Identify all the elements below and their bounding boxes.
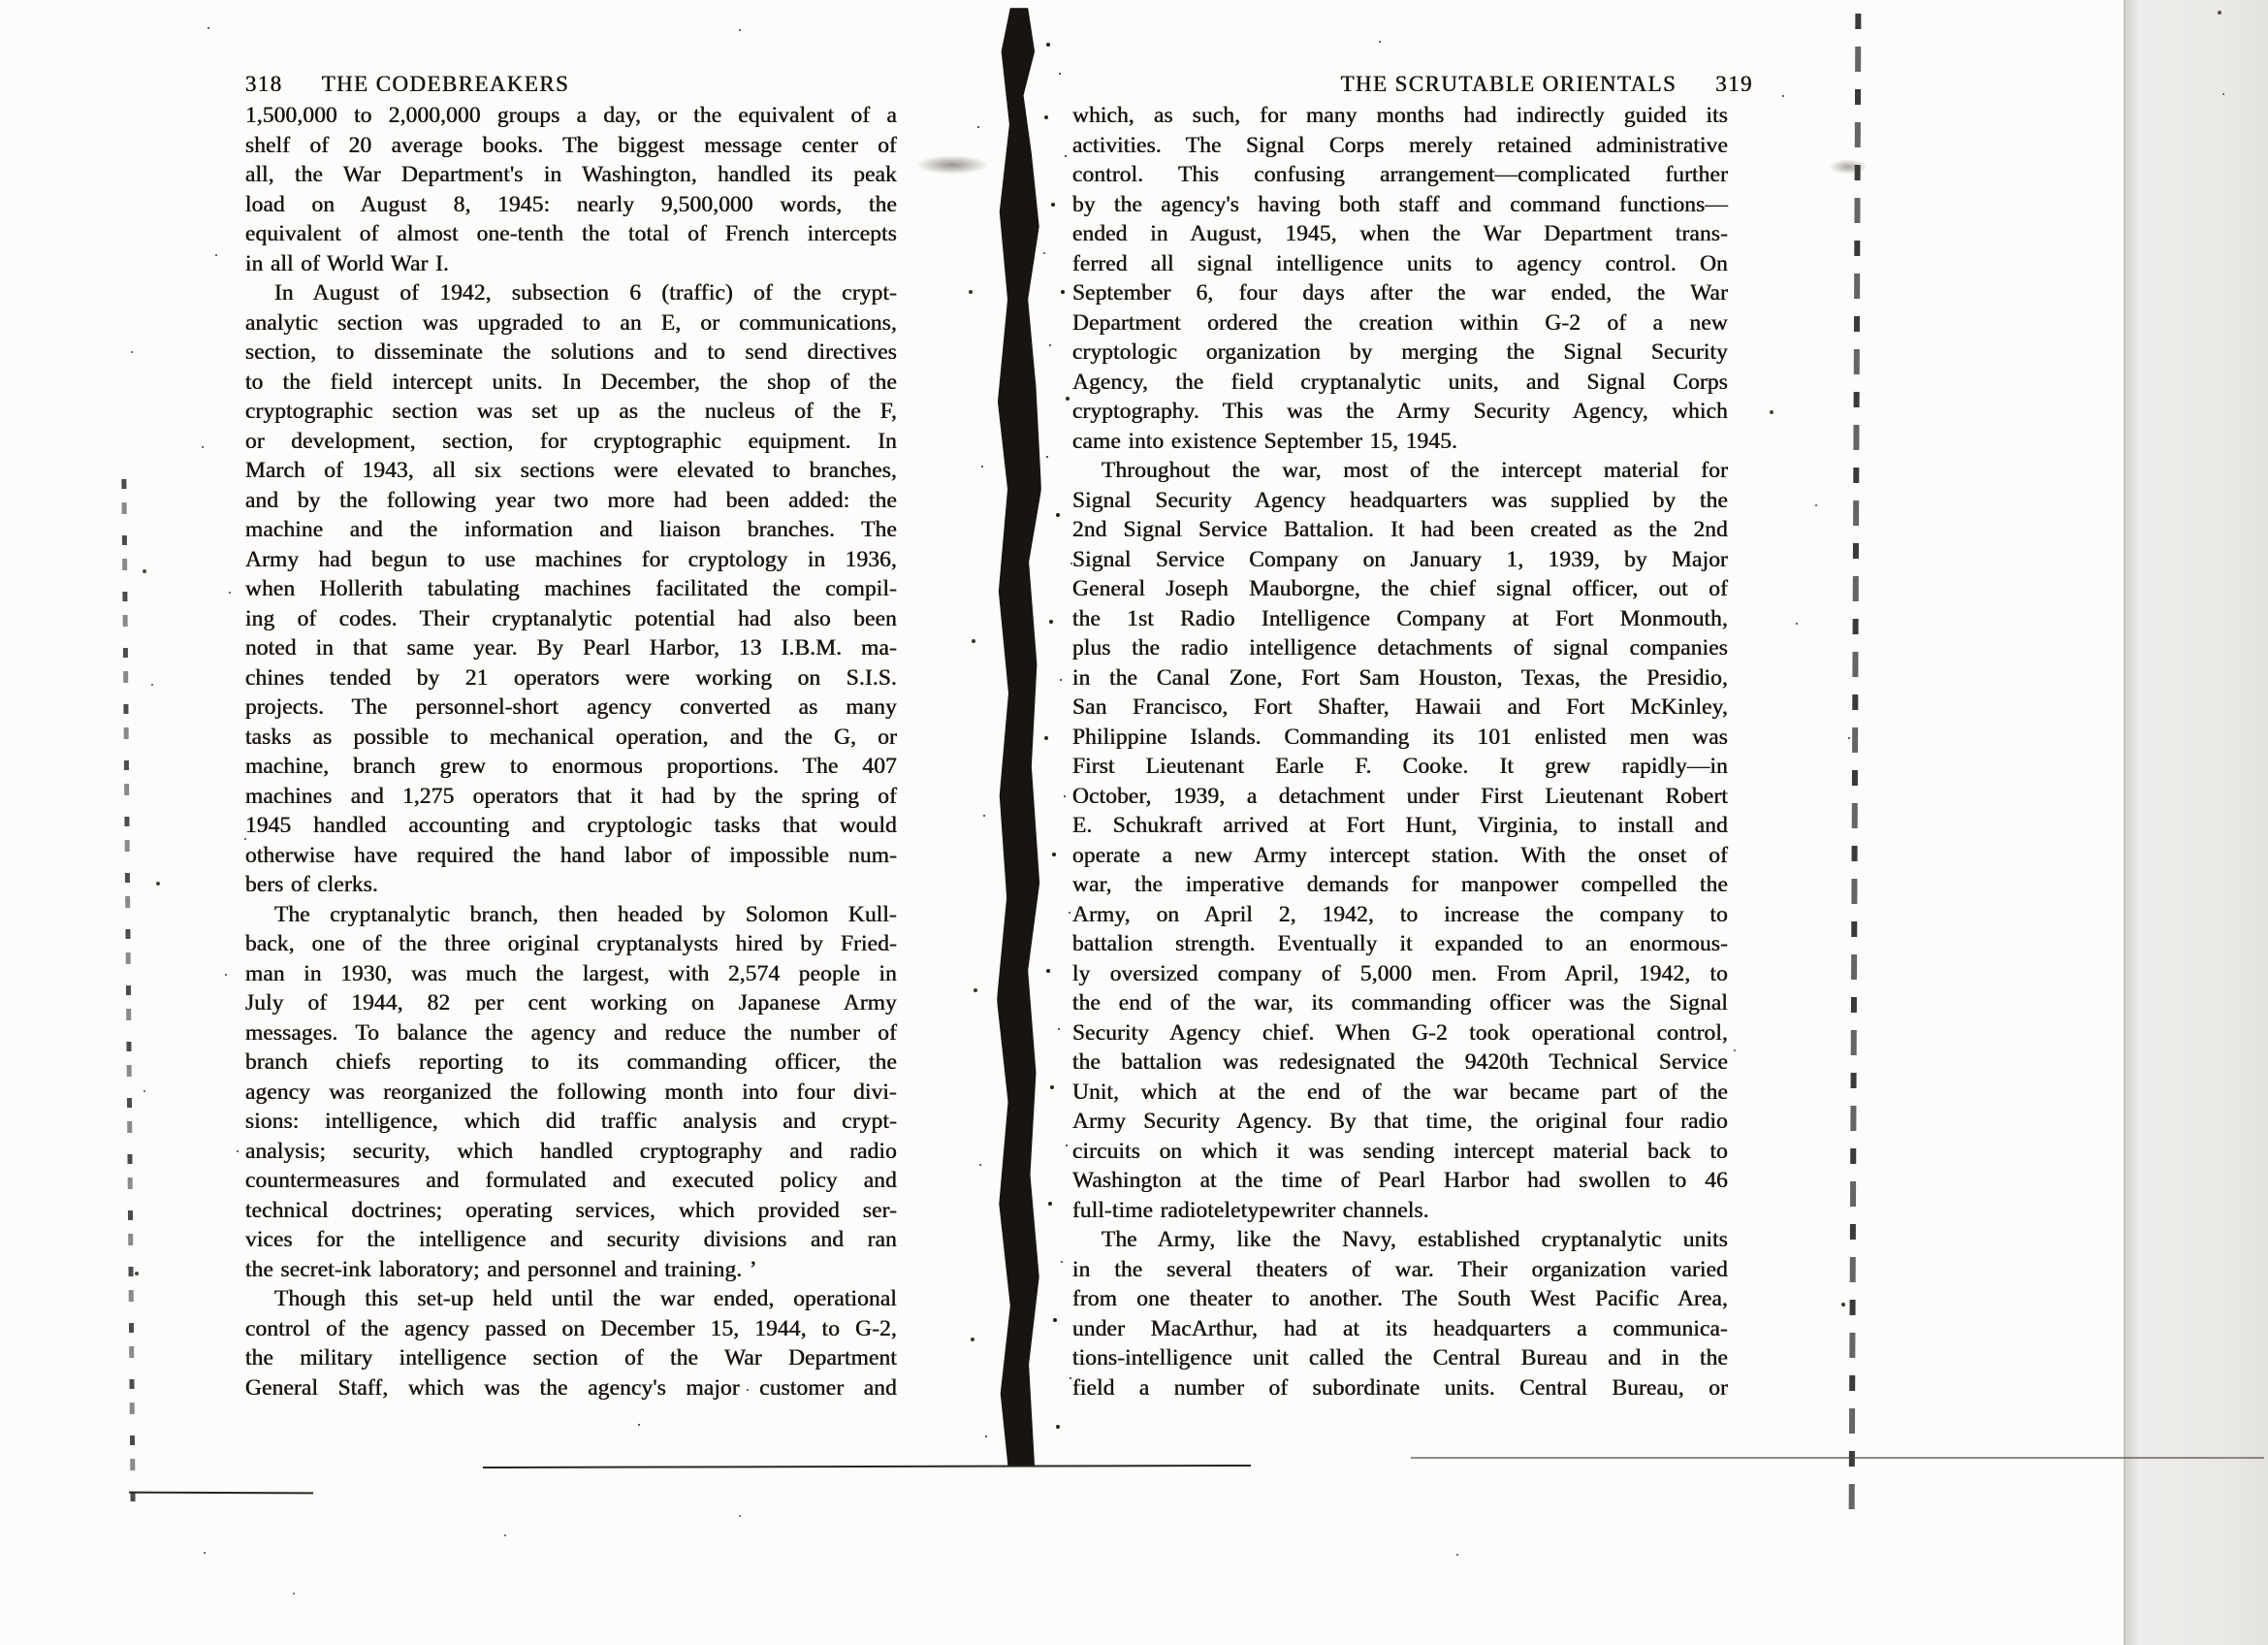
text-line: agency was reorganized the following mon… — [245, 1078, 897, 1108]
right-page-bottom-edge — [1411, 1457, 2264, 1459]
text-line: cryptologic organization by merging the … — [1072, 338, 1728, 368]
text-line: otherwise have required the hand labor o… — [245, 841, 897, 871]
text-line: the battalion was redesignated the 9420t… — [1072, 1048, 1728, 1078]
right-running-title: THE SCRUTABLE ORIENTALS — [1341, 72, 1677, 96]
text-line: cryptography. This was the Army Security… — [1072, 397, 1728, 427]
text-line: branch chiefs reporting to its commandin… — [245, 1048, 897, 1078]
text-line: the 1st Radio Intelligence Company at Fo… — [1072, 604, 1728, 634]
text-line: Army had begun to use machines for crypt… — [245, 545, 897, 575]
text-line: control of the agency passed on December… — [245, 1314, 897, 1344]
text-line: machines and 1,275 operators that it had… — [245, 782, 897, 812]
text-line: Army Security Agency. By that time, the … — [1072, 1107, 1728, 1137]
text-line: General Staff, which was the agency's ma… — [245, 1373, 897, 1403]
text-line: control. This confusing arrangement—comp… — [1072, 160, 1728, 190]
left-page-bottom-edge — [483, 1465, 1251, 1468]
text-line: man in 1930, was much the largest, with … — [245, 959, 897, 989]
text-line: messages. To balance the agency and redu… — [245, 1018, 897, 1048]
text-line: March of 1943, all six sections were ele… — [245, 456, 897, 486]
text-line: by the agency's having both staff and co… — [1072, 190, 1728, 220]
text-line: ly oversized company of 5,000 men. From … — [1072, 959, 1728, 989]
text-line: circuits on which it was sending interce… — [1072, 1137, 1728, 1167]
text-line: Though this set-up held until the war en… — [245, 1284, 897, 1314]
text-line: load on August 8, 1945: nearly 9,500,000… — [245, 190, 897, 220]
text-line: equivalent of almost one-tenth the total… — [245, 219, 897, 249]
text-line: Security Agency chief. When G-2 took ope… — [1072, 1018, 1728, 1048]
text-line: which, as such, for many months had indi… — [1072, 101, 1728, 131]
scanner-bed-strip — [2124, 0, 2268, 1645]
text-line: Army, on April 2, 1942, to increase the … — [1072, 900, 1728, 930]
text-line: cryptographic section was set up as the … — [245, 397, 897, 427]
text-line: Philippine Islands. Commanding its 101 e… — [1072, 723, 1728, 753]
text-line: projects. The personnel-short agency con… — [245, 693, 897, 723]
left-page-header: 318THE CODEBREAKERS — [245, 72, 569, 97]
right-page-text-column: which, as such, for many months had indi… — [1072, 101, 1728, 1403]
ink-smudge — [1829, 159, 1868, 175]
left-running-title: THE CODEBREAKERS — [322, 72, 570, 96]
text-line: the secret-ink laboratory; and personnel… — [245, 1255, 897, 1285]
text-line: the military intelligence section of the… — [245, 1343, 897, 1373]
text-line: ing of codes. Their cryptanalytic potent… — [245, 604, 897, 634]
text-line: under MacArthur, had at its headquarters… — [1072, 1314, 1728, 1344]
text-line: war, the imperative demands for manpower… — [1072, 870, 1728, 900]
text-line: all, the War Department's in Washington,… — [245, 160, 897, 190]
scan-noise-specks — [0, 0, 2, 2]
text-line: the end of the war, its commanding offic… — [1072, 988, 1728, 1018]
left-page-edge-marks — [121, 479, 135, 1509]
text-line: shelf of 20 average books. The biggest m… — [245, 131, 897, 161]
text-line: to the field intercept units. In Decembe… — [245, 368, 897, 398]
text-line: San Francisco, Fort Shafter, Hawaii and … — [1072, 693, 1728, 723]
text-line: plus the radio intelligence detachments … — [1072, 633, 1728, 663]
text-line: ferred all signal intelligence units to … — [1072, 249, 1728, 279]
text-line: activities. The Signal Corps merely reta… — [1072, 131, 1728, 161]
text-line: Agency, the field cryptanalytic units, a… — [1072, 368, 1728, 398]
text-line: technical doctrines; operating services,… — [245, 1196, 897, 1226]
left-page-text-column: 1,500,000 to 2,000,000 groups a day, or … — [245, 101, 897, 1403]
text-line: The Army, like the Navy, established cry… — [1072, 1225, 1728, 1255]
text-line: Signal Service Company on January 1, 193… — [1072, 545, 1728, 575]
text-line: came into existence September 15, 1945. — [1072, 427, 1728, 457]
text-line: full-time radioteletypewriter channels. — [1072, 1196, 1728, 1226]
text-line: operate a new Army intercept station. Wi… — [1072, 841, 1728, 871]
text-line: First Lieutenant Earle F. Cooke. It grew… — [1072, 752, 1728, 782]
left-corner-bottom-edge — [129, 1492, 313, 1495]
text-line: from one theater to another. The South W… — [1072, 1284, 1728, 1314]
text-line: in the several theaters of war. Their or… — [1072, 1255, 1728, 1285]
text-line: General Joseph Mauborgne, the chief sign… — [1072, 574, 1728, 604]
text-line: countermeasures and formulated and execu… — [245, 1166, 897, 1196]
right-page-edge-marks — [1849, 14, 1862, 1515]
right-page-header: THE SCRUTABLE ORIENTALS319 — [1072, 72, 1753, 97]
text-line: Signal Security Agency headquarters was … — [1072, 486, 1728, 516]
text-line: ended in August, 1945, when the War Depa… — [1072, 219, 1728, 249]
text-line: July of 1944, 82 per cent working on Jap… — [245, 988, 897, 1018]
text-line: vices for the intelligence and security … — [245, 1225, 897, 1255]
text-line: when Hollerith tabulating machines facil… — [245, 574, 897, 604]
text-line: in the Canal Zone, Fort Sam Houston, Tex… — [1072, 663, 1728, 693]
text-line: bers of clerks. — [245, 870, 897, 900]
text-line: September 6, four days after the war end… — [1072, 278, 1728, 308]
text-line: Unit, which at the end of the war became… — [1072, 1078, 1728, 1108]
text-line: The cryptanalytic branch, then headed by… — [245, 900, 897, 930]
text-line: section, to disseminate the solutions an… — [245, 338, 897, 368]
text-line: in all of World War I. — [245, 249, 897, 279]
text-line: chines tended by 21 operators were worki… — [245, 663, 897, 693]
text-line: tasks as possible to mechanical operatio… — [245, 723, 897, 753]
text-line: 1,500,000 to 2,000,000 groups a day, or … — [245, 101, 897, 131]
text-line: and by the following year two more had b… — [245, 486, 897, 516]
text-line: field a number of subordinate units. Cen… — [1072, 1373, 1728, 1403]
text-line: back, one of the three original cryptana… — [245, 929, 897, 959]
book-spine-shadow — [997, 8, 1041, 1467]
text-line: machine and the information and liaison … — [245, 515, 897, 545]
text-line: analysis; security, which handled crypto… — [245, 1137, 897, 1167]
right-page-number: 319 — [1715, 72, 1753, 96]
text-line: or development, section, for cryptograph… — [245, 427, 897, 457]
text-line: Department ordered the creation within G… — [1072, 308, 1728, 339]
ink-smudge — [915, 155, 989, 175]
text-line: machine, branch grew to enormous proport… — [245, 752, 897, 782]
text-line: 2nd Signal Service Battalion. It had bee… — [1072, 515, 1728, 545]
text-line: In August of 1942, subsection 6 (traffic… — [245, 278, 897, 308]
text-line: noted in that same year. By Pearl Harbor… — [245, 633, 897, 663]
text-line: battalion strength. Eventually it expand… — [1072, 929, 1728, 959]
text-line: sions: intelligence, which did traffic a… — [245, 1107, 897, 1137]
text-line: Throughout the war, most of the intercep… — [1072, 456, 1728, 486]
text-line: tions-intelligence unit called the Centr… — [1072, 1343, 1728, 1373]
text-line: Washington at the time of Pearl Harbor h… — [1072, 1166, 1728, 1196]
text-line: E. Schukraft arrived at Fort Hunt, Virgi… — [1072, 811, 1728, 841]
text-line: 1945 handled accounting and cryptologic … — [245, 811, 897, 841]
left-page-number: 318 — [245, 72, 283, 96]
text-line: analytic section was upgraded to an E, o… — [245, 308, 897, 339]
text-line: October, 1939, a detachment under First … — [1072, 782, 1728, 812]
book-scan: 318THE CODEBREAKERS THE SCRUTABLE ORIENT… — [0, 0, 2268, 1645]
